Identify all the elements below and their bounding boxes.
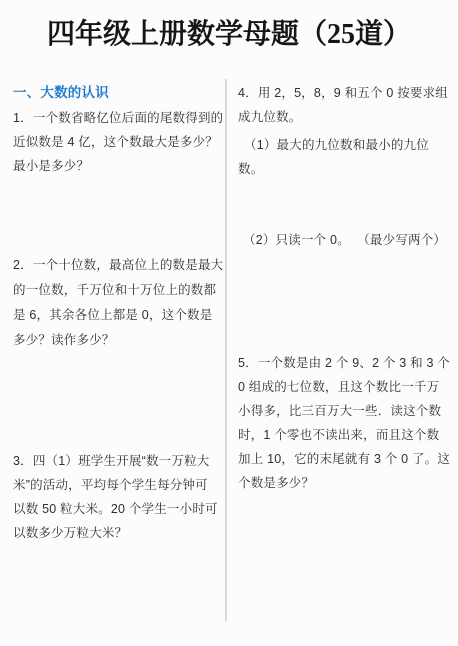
question-3: 3．四（1）班学生开展“数一万粒大 米”的活动，平均每个学生每分钟可 以数 50… (13, 449, 218, 545)
question-1: 1．一个数省略亿位后面的尾数得到的 近似数是 4 亿，这个数最大是多少？ 最小是… (13, 106, 223, 178)
section-heading: 一、大数的认识 (13, 83, 109, 103)
worksheet-page: 四年级上册数学母题（25道） 一、大数的认识 1．一个数省略亿位后面的尾数得到的… (0, 0, 458, 646)
question-4-part-1: （1）最大的九位数和最小的九位 数。 (238, 133, 429, 181)
question-5: 5．一个数是由 2 个 9、2 个 3 和 3 个 0 组成的七位数，且这个数比… (238, 351, 450, 495)
question-4: 4．用 2，5，8，9 和五个 0 按要求组 成九位数。 (238, 81, 448, 129)
column-divider (225, 79, 227, 621)
question-4-part-2: （2）只读一个 0。 （最少写两个） (238, 228, 446, 252)
page-title: 四年级上册数学母题（25道） (0, 16, 458, 54)
question-2: 2．一个十位数，最高位上的数是最大 的一位数，千万位和十万位上的数都 是 6，其… (13, 253, 223, 353)
